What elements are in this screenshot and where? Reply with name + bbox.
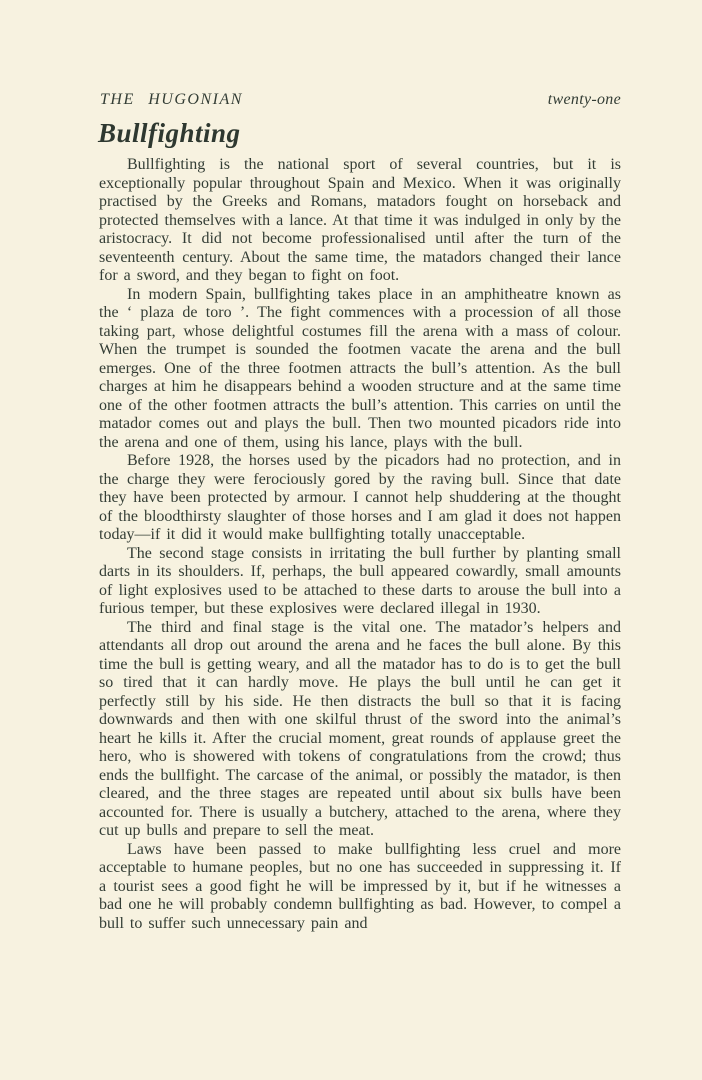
article-body: Bullfighting is the national sport of se… xyxy=(99,156,621,933)
article-paragraph: Bullfighting is the national sport of se… xyxy=(99,156,621,286)
article-paragraph: The second stage consists in irritating … xyxy=(99,545,621,619)
page-header: THE HUGONIAN twenty-one xyxy=(100,91,621,109)
article-paragraph: Laws have been passed to make bullfighti… xyxy=(99,841,621,934)
page-number: twenty-one xyxy=(548,91,621,109)
article-paragraph: In modern Spain, bullfighting takes plac… xyxy=(99,286,621,453)
article-paragraph: The third and final stage is the vital o… xyxy=(99,619,621,841)
journal-title: THE HUGONIAN xyxy=(100,91,243,109)
magazine-page: THE HUGONIAN twenty-one Bullfighting Bul… xyxy=(0,0,702,1080)
article-paragraph: Before 1928, the horses used by the pica… xyxy=(99,452,621,545)
article-title: Bullfighting xyxy=(98,118,241,149)
